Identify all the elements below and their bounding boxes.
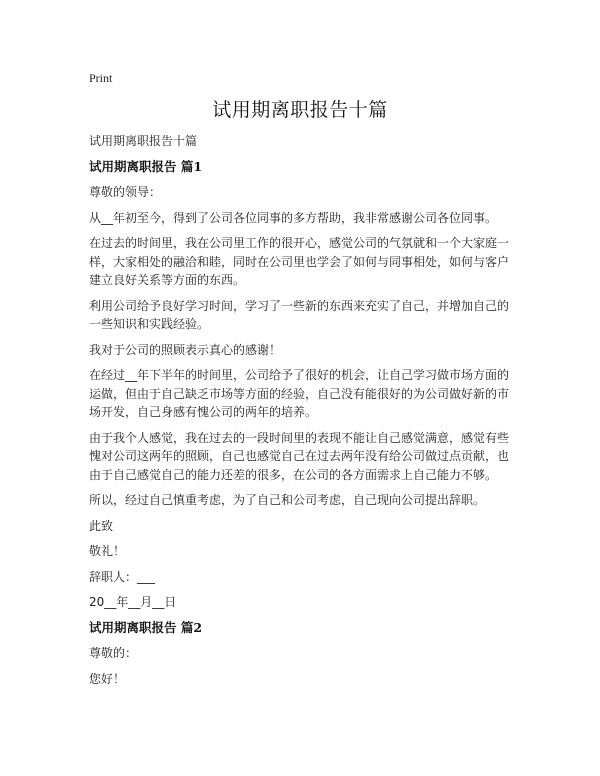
body-paragraph: 所以，经过自己慎重考虑，为了自己和公司考虑，自己现向公司提出辞职。 xyxy=(89,491,513,510)
section-heading-2: 试用期离职报告 篇2 xyxy=(89,619,513,638)
print-link[interactable]: Print xyxy=(89,71,112,85)
signature-line: 辞职人：___ xyxy=(89,568,513,587)
document-subtitle: 试用期离职报告十篇 xyxy=(89,132,513,151)
body-paragraph: 从__年初至今，得到了公司各位同事的多方帮助，我非常感谢公司各位同事。 xyxy=(89,209,513,228)
date-line: 20__年__月__日 xyxy=(89,593,513,612)
body-paragraph: 我对于公司的照顾表示真心的感谢！ xyxy=(89,341,513,360)
closing-line: 敬礼！ xyxy=(89,542,513,561)
body-paragraph: 利用公司给予良好学习时间，学习了一些新的东西来充实了自己，并增加自己的一些知识和… xyxy=(89,297,513,334)
document-body: 试用期离职报告十篇 试用期离职报告 篇1 尊敬的领导： 从__年初至今，得到了公… xyxy=(89,132,513,695)
closing-line: 此致 xyxy=(89,517,513,536)
salutation: 尊敬的： xyxy=(89,644,513,663)
body-paragraph: 在经过__年下半年的时间里，公司给予了很好的机会，让自己学习做市场方面的运做，但… xyxy=(89,366,513,422)
section-heading-1: 试用期离职报告 篇1 xyxy=(89,158,513,177)
body-paragraph: 由于我个人感觉，我在过去的一段时间里的表现不能让自己感觉满意，感觉有些愧对公司这… xyxy=(89,429,513,485)
greeting: 您好！ xyxy=(89,670,513,689)
salutation: 尊敬的领导： xyxy=(89,183,513,202)
document-title: 试用期离职报告十篇 xyxy=(0,98,600,122)
body-paragraph: 在过去的时间里，我在公司里工作的很开心，感觉公司的气氛就和一个大家庭一样，大家相… xyxy=(89,234,513,290)
